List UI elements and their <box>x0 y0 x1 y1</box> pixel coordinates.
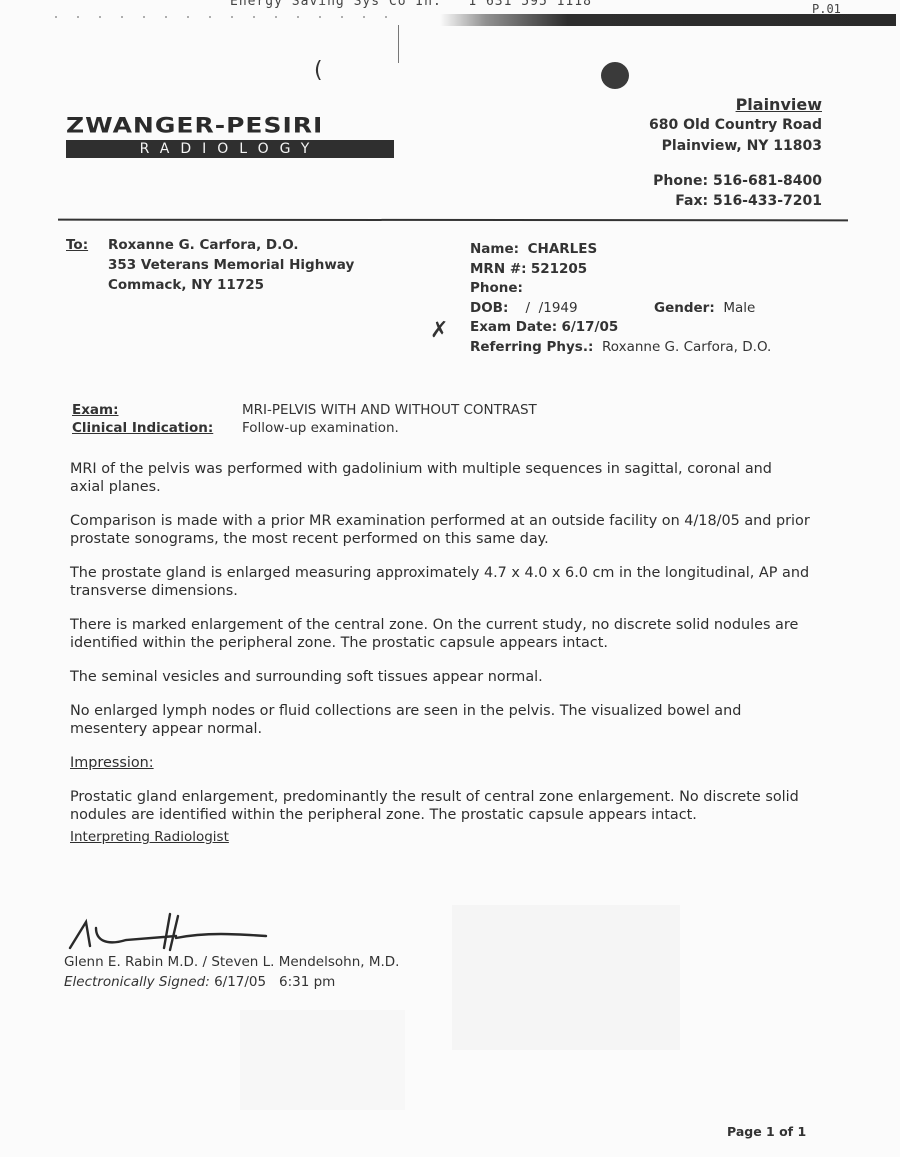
signed-label: Electronically Signed: <box>64 974 210 990</box>
header-divider <box>58 219 848 222</box>
fax-noise-bar <box>440 14 896 26</box>
exam-type: MRI-PELVIS WITH AND WITHOUT CONTRAST <box>242 402 537 418</box>
logo-subtitle: RADIOLOGY <box>66 140 394 158</box>
patient-block: Name: CHARLES MRN #: 521205 Phone: DOB: … <box>470 240 771 357</box>
stray-mark <box>398 25 399 63</box>
exam-date: 6/17/05 <box>561 319 618 335</box>
office-address-2: Plainview, NY 11803 <box>649 136 822 157</box>
office-block: Plainview 680 Old Country Road Plainview… <box>649 94 822 211</box>
recipient-block: To: Roxanne G. Carfora, D.O. 353 Veteran… <box>66 235 354 295</box>
impression-text: Prostatic gland enlargement, predominant… <box>70 788 810 824</box>
page-number: Page 1 of 1 <box>727 1124 806 1139</box>
finding-paragraph: The seminal vesicles and surrounding sof… <box>70 668 810 686</box>
referring-physician: Roxanne G. Carfora, D.O. <box>602 339 771 355</box>
finding-paragraph: The prostate gland is enlarged measuring… <box>70 564 810 600</box>
patient-mrn: 521205 <box>531 261 587 277</box>
indication-label: Clinical Indication: <box>72 419 242 437</box>
recipient-address-1: 353 Veterans Memorial Highway <box>108 255 354 275</box>
signer-block: Glenn E. Rabin M.D. / Steven L. Mendelso… <box>64 952 399 992</box>
faded-area <box>240 1010 405 1110</box>
dob-label: DOB: <box>470 300 508 316</box>
finding-paragraph: MRI of the pelvis was performed with gad… <box>70 460 810 496</box>
fax-header-sender-line: Energy Saving Sys Co In. 1 631 595 1118 <box>230 0 592 9</box>
office-fax: Fax: 516-433-7201 <box>649 191 822 211</box>
recipient-address-2: Commack, NY 11725 <box>108 275 354 295</box>
ink-blot <box>601 62 629 89</box>
finding-paragraph: No enlarged lymph nodes or fluid collect… <box>70 702 810 738</box>
fax-phone: 1 631 595 1118 <box>468 0 592 9</box>
exam-label: Exam: <box>72 401 242 419</box>
interpreting-radiologist-label: Interpreting Radiologist <box>70 828 810 846</box>
patient-dob: / /1949 <box>526 300 578 316</box>
exam-date-label: Exam Date: <box>470 319 557 335</box>
finding-paragraph: Comparison is made with a prior MR exami… <box>70 512 810 548</box>
radiologist-names: Glenn E. Rabin M.D. / Steven L. Mendelso… <box>64 952 399 972</box>
handwritten-signature <box>66 910 276 954</box>
exam-block: Exam:MRI-PELVIS WITH AND WITHOUT CONTRAS… <box>72 401 537 437</box>
recipient-name: Roxanne G. Carfora, D.O. <box>108 235 354 255</box>
signed-timestamp: 6/17/05 6:31 pm <box>214 974 335 990</box>
clinical-indication: Follow-up examination. <box>242 420 399 436</box>
handwritten-mark: ✗ <box>430 318 448 343</box>
referring-label: Referring Phys.: <box>470 339 593 355</box>
fax-sender: Energy Saving Sys Co In. <box>230 0 442 9</box>
faded-area <box>452 905 680 1050</box>
office-address-1: 680 Old Country Road <box>649 115 822 136</box>
stray-mark-paren: ( <box>314 58 323 83</box>
mrn-label: MRN #: <box>470 261 527 277</box>
report-body: MRI of the pelvis was performed with gad… <box>70 460 810 846</box>
office-title: Plainview <box>649 94 822 115</box>
logo-wordmark: ZWANGER-PESIRI <box>66 113 323 138</box>
finding-paragraph: There is marked enlargement of the centr… <box>70 616 810 652</box>
fax-noise-dots <box>45 14 405 20</box>
patient-name: CHARLES <box>528 241 598 257</box>
impression-label: Impression: <box>70 754 810 772</box>
gender-label: Gender: <box>654 300 715 316</box>
name-label: Name: <box>470 241 519 257</box>
patient-gender: Male <box>723 300 755 316</box>
phone-label: Phone: <box>470 280 523 296</box>
office-phone: Phone: 516-681-8400 <box>649 171 822 191</box>
to-label: To: <box>66 235 88 255</box>
